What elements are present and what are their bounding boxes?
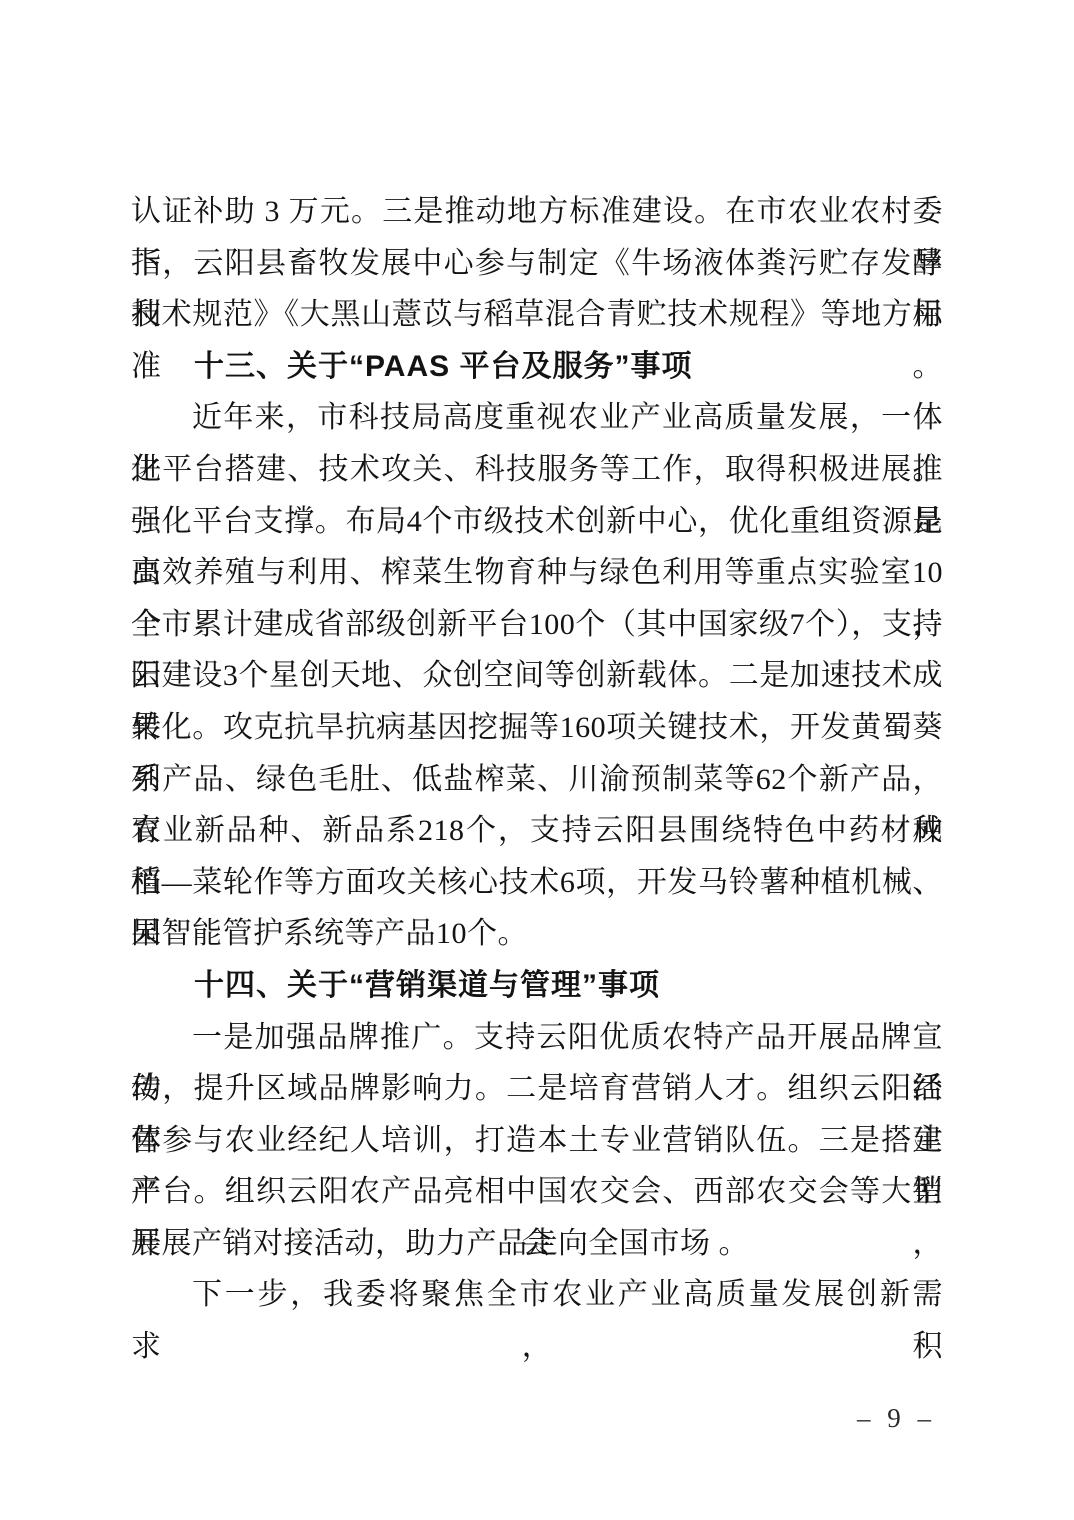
- document-body: 认证补助 3 万元。三是推动地方标准建设。在市农业农村委指导 下，云阳县畜牧发展…: [131, 186, 943, 1321]
- text-line: 动，提升区域品牌影响力。二是培育营销人才。组织云阳经营主: [131, 1063, 943, 1115]
- text-line: 列产品、绿色毛肚、低盐榨菜、川渝预制菜等62个新产品，育成: [131, 754, 943, 806]
- text-line: 农业新品种、新品系218个，支持云阳县围绕特色中药材种植、: [131, 805, 943, 857]
- text-line: 园智能管护系统等产品10个。: [131, 908, 943, 960]
- document-page: 认证补助 3 万元。三是推动地方标准建设。在市农业农村委指导 下，云阳县畜牧发展…: [0, 0, 1074, 1520]
- text-line: 稻—菜轮作等方面攻关核心技术6项，开发马铃薯种植机械、果: [131, 857, 943, 909]
- text-line: 强化平台支撑。布局4个市级技术创新中心，优化重组资源昆虫: [131, 496, 943, 548]
- text-line: 平台。组织云阳农产品亮相中国农交会、西部农交会等大型展会，: [131, 1166, 943, 1218]
- text-line: 高效养殖与利用、榨菜生物育种与绿色利用等重点实验室10个，: [131, 547, 943, 599]
- page-number: – 9 –: [857, 1398, 936, 1438]
- text-line: 阳建设3个星创天地、众创空间等创新载体。二是加速技术成果: [131, 650, 943, 702]
- text-line: 技术规范》《大黑山薏苡与稻草混合青贮技术规程》等地方标准。: [131, 289, 943, 341]
- text-line: 近年来，市科技局高度重视农业产业高质量发展，一体化推: [131, 392, 943, 444]
- text-line: 转化。攻克抗旱抗病基因挖掘等160项关键技术，开发黄蜀葵系: [131, 702, 943, 754]
- text-line: 全市累计建成省部级创新平台100个（其中国家级7个），支持云: [131, 599, 943, 651]
- text-line: 进平台搭建、技术攻关、科技服务等工作，取得积极进展。一是: [131, 444, 943, 496]
- text-line: 下，云阳县畜牧发展中心参与制定《牛场液体粪污贮存发酵利用: [131, 238, 943, 290]
- text-line: 认证补助 3 万元。三是推动地方标准建设。在市农业农村委指导: [131, 186, 943, 238]
- section-heading: 十四、关于“营销渠道与管理”事项: [131, 960, 943, 1012]
- text-line: 一是加强品牌推广。支持云阳优质农特产品开展品牌宣传活: [131, 1012, 943, 1064]
- text-line: 体参与农业经纪人培训，打造本土专业营销队伍。三是搭建产销: [131, 1115, 943, 1167]
- text-line: 下一步，我委将聚焦全市农业产业高质量发展创新需求，积: [131, 1269, 943, 1321]
